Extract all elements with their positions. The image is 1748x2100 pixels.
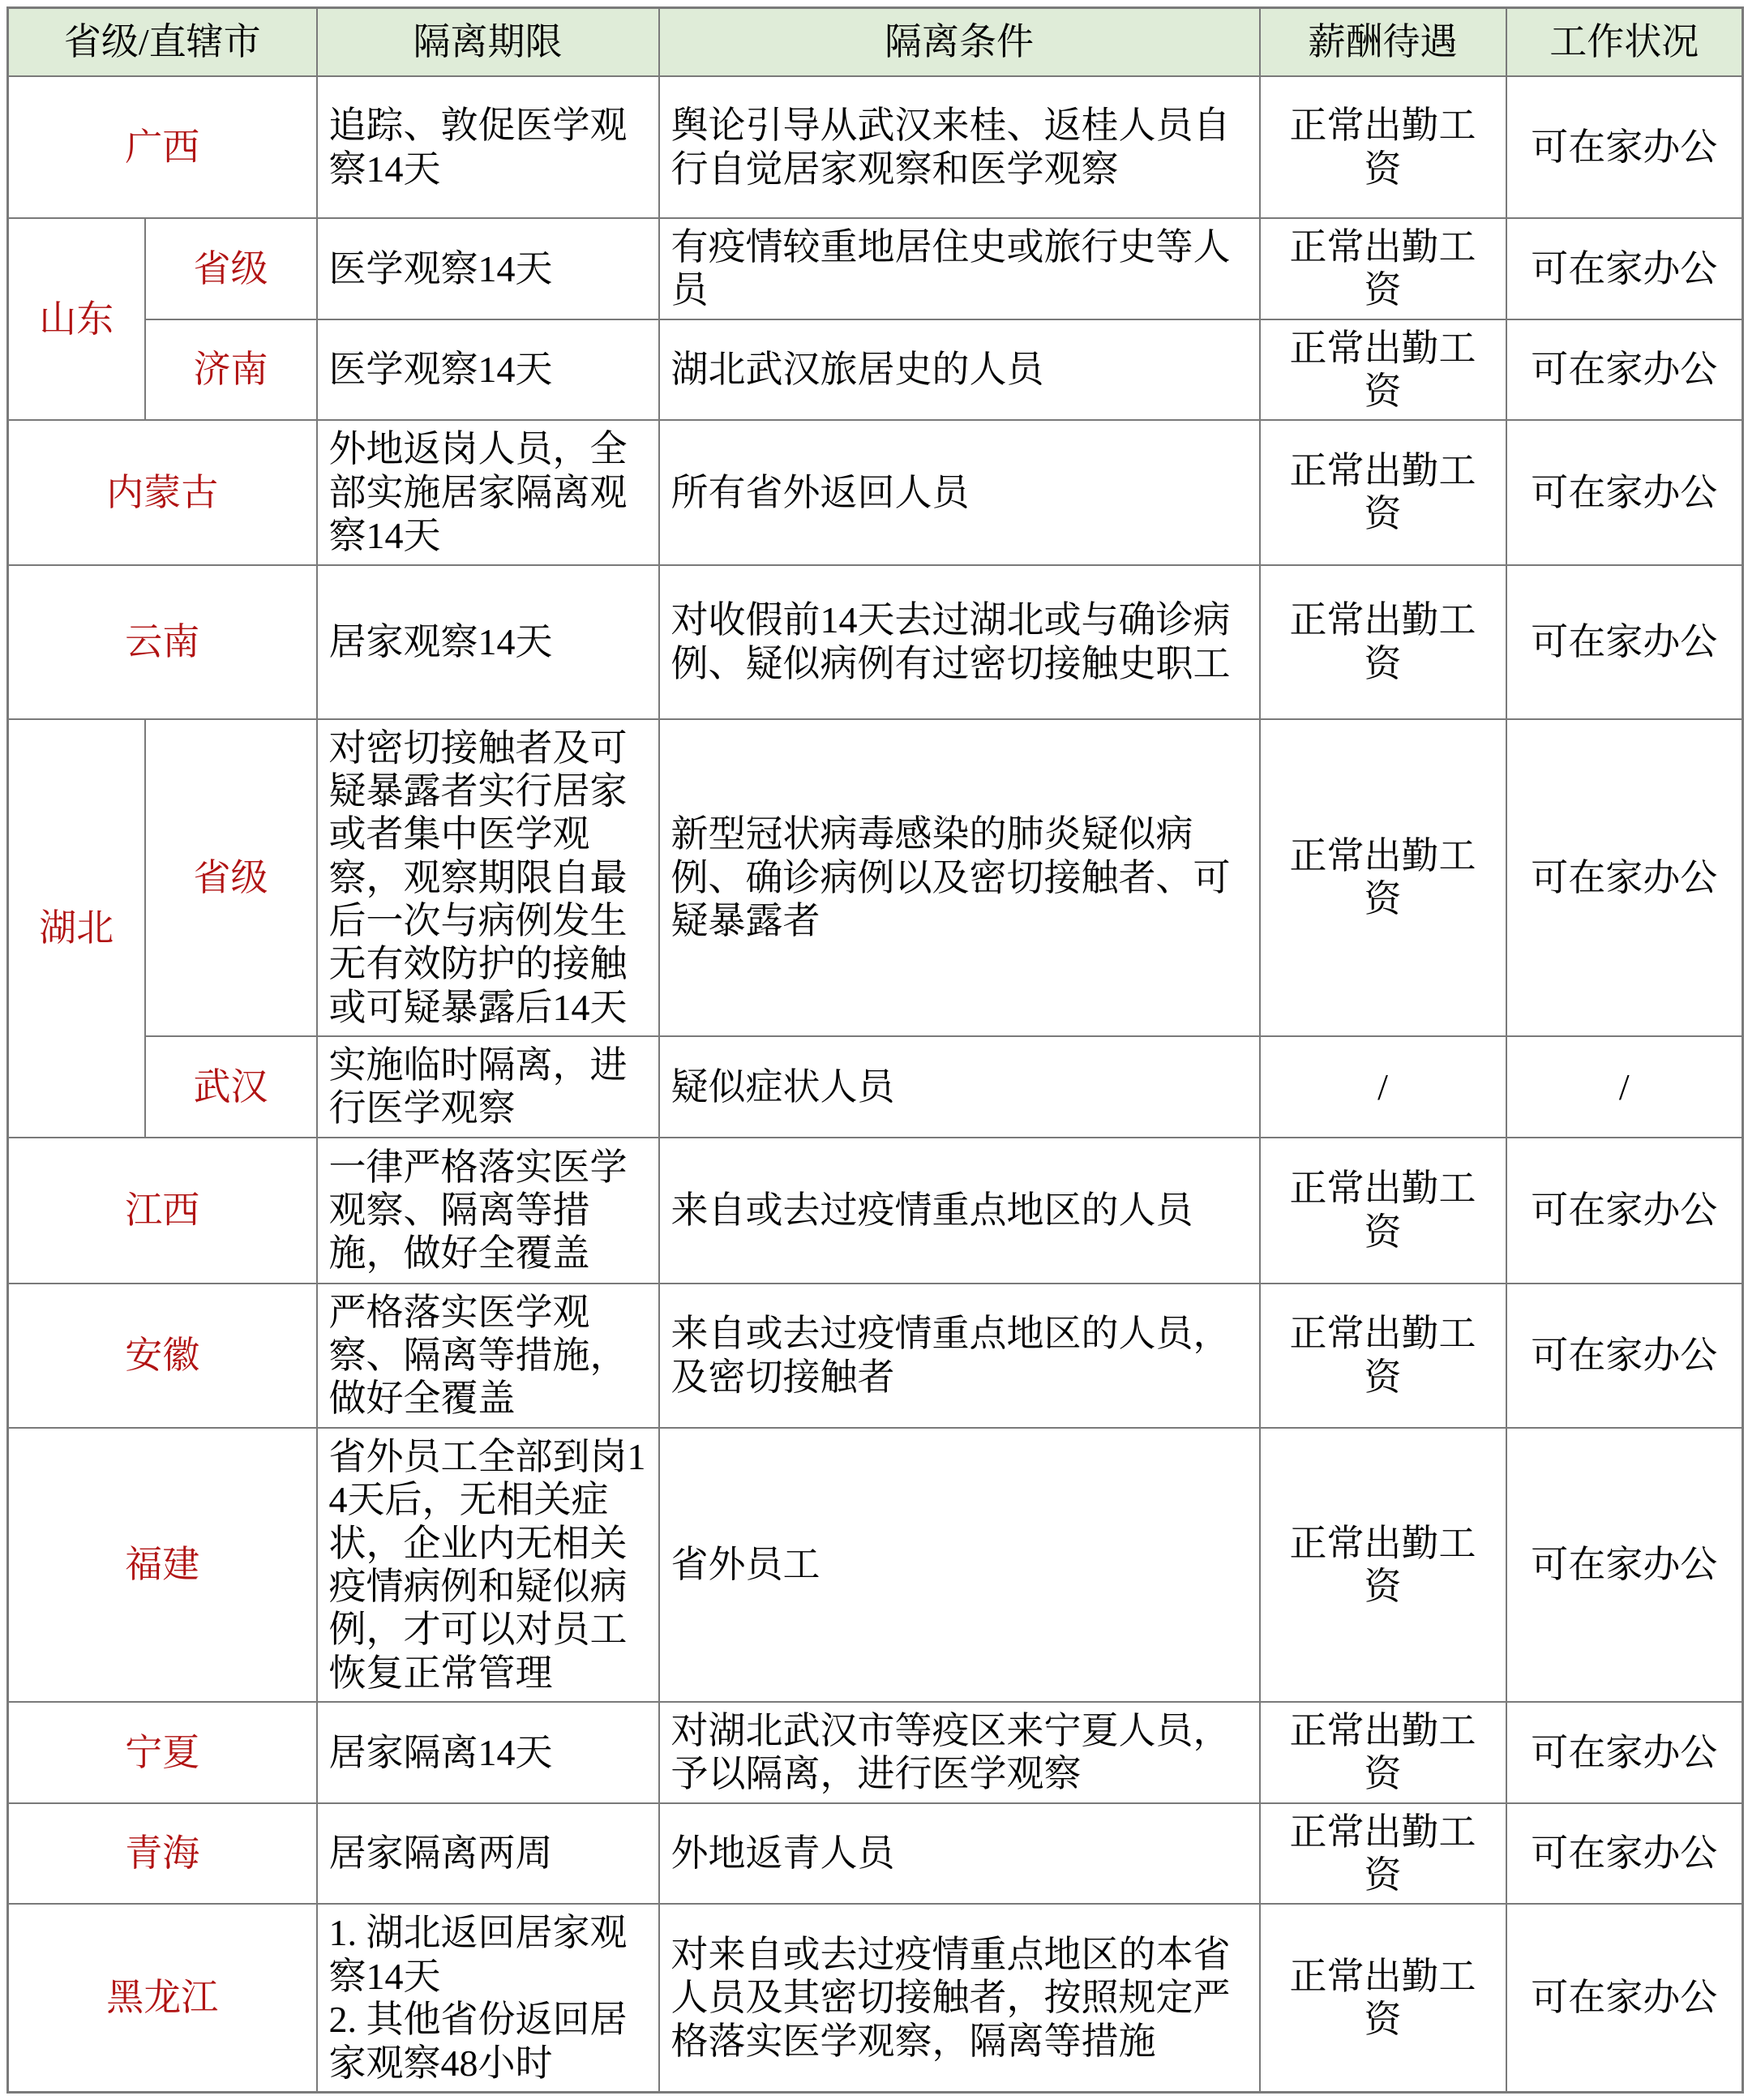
sub-region-cell: 省级 [145,719,317,1037]
salary-cell: 正常出勤工资 [1260,319,1506,421]
salary-cell: 正常出勤工资 [1260,1702,1506,1803]
salary-cell: 正常出勤工资 [1260,1904,1506,2092]
period-cell: 省外员工全部到岗14天后，无相关症状，企业内无相关疫情病例和疑似病例，才可以对员… [317,1428,659,1702]
sub-region-cell: 省级 [145,218,317,319]
header-region: 省级/直辖市 [8,8,317,77]
period-cell: 居家隔离14天 [317,1702,659,1803]
period-cell: 对密切接触者及可疑暴露者实行居家或者集中医学观察，观察期限自最后一次与病例发生无… [317,719,659,1037]
province-cell: 江西 [8,1138,317,1284]
table-row-shandong-jinan: 济南 医学观察14天 湖北武汉旅居史的人员 正常出勤工资 可在家办公 [8,319,1743,421]
work-cell: 可在家办公 [1506,319,1743,421]
header-work: 工作状况 [1506,8,1743,77]
province-cell: 湖北 [8,719,145,1138]
header-salary: 薪酬待遇 [1260,8,1506,77]
province-cell: 黑龙江 [8,1904,317,2092]
condition-cell: 对来自或去过疫情重点地区的本省人员及其密切接触者，按照规定严格落实医学观察，隔离… [659,1904,1260,2092]
table-row-shandong-provincial: 山东 省级 医学观察14天 有疫情较重地居住史或旅行史等人员 正常出勤工资 可在… [8,218,1743,319]
condition-cell: 来自或去过疫情重点地区的人员 [659,1138,1260,1284]
province-cell: 云南 [8,565,317,719]
condition-cell: 省外员工 [659,1428,1260,1702]
province-cell: 福建 [8,1428,317,1702]
province-cell: 内蒙古 [8,420,317,564]
work-cell: 可在家办公 [1506,1702,1743,1803]
work-cell: 可在家办公 [1506,218,1743,319]
province-cell: 安徽 [8,1284,317,1428]
condition-cell: 湖北武汉旅居史的人员 [659,319,1260,421]
work-cell: 可在家办公 [1506,1138,1743,1284]
condition-cell: 对湖北武汉市等疫区来宁夏人员，予以隔离，进行医学观察 [659,1702,1260,1803]
salary-cell: 正常出勤工资 [1260,565,1506,719]
period-cell: 追踪、敦促医学观察14天 [317,76,659,218]
period-cell: 一律严格落实医学观察、隔离等措施，做好全覆盖 [317,1138,659,1284]
period-cell: 实施临时隔离，进行医学观察 [317,1036,659,1138]
work-cell: 可在家办公 [1506,1803,1743,1905]
work-cell: / [1506,1036,1743,1138]
condition-cell: 对收假前14天去过湖北或与确诊病例、疑似病例有过密切接触史职工 [659,565,1260,719]
work-cell: 可在家办公 [1506,1428,1743,1702]
sub-region-cell: 武汉 [145,1036,317,1138]
work-cell: 可在家办公 [1506,719,1743,1037]
salary-cell: 正常出勤工资 [1260,1138,1506,1284]
period-cell: 1. 湖北返回居家观察14天 2. 其他省份返回居家观察48小时 [317,1904,659,2092]
period-cell: 外地返岗人员，全部实施居家隔离观察14天 [317,420,659,564]
period-cell: 居家隔离两周 [317,1803,659,1905]
table-row-hubei-wuhan: 武汉 实施临时隔离，进行医学观察 疑似症状人员 / / [8,1036,1743,1138]
province-cell: 宁夏 [8,1702,317,1803]
period-cell: 居家观察14天 [317,565,659,719]
period-cell: 医学观察14天 [317,319,659,421]
period-cell: 医学观察14天 [317,218,659,319]
header-row: 省级/直辖市 隔离期限 隔离条件 薪酬待遇 工作状况 [8,8,1743,77]
salary-cell: 正常出勤工资 [1260,719,1506,1037]
condition-cell: 疑似症状人员 [659,1036,1260,1138]
condition-cell: 外地返青人员 [659,1803,1260,1905]
condition-cell: 舆论引导从武汉来桂、返桂人员自行自觉居家观察和医学观察 [659,76,1260,218]
condition-cell: 来自或去过疫情重点地区的人员，及密切接触者 [659,1284,1260,1428]
work-cell: 可在家办公 [1506,1284,1743,1428]
table-row-heilongjiang: 黑龙江 1. 湖北返回居家观察14天 2. 其他省份返回居家观察48小时 对来自… [8,1904,1743,2092]
province-cell: 山东 [8,218,145,420]
work-cell: 可在家办公 [1506,1904,1743,2092]
work-cell: 可在家办公 [1506,565,1743,719]
table-row-guangxi: 广西 追踪、敦促医学观察14天 舆论引导从武汉来桂、返桂人员自行自觉居家观察和医… [8,76,1743,218]
header-period: 隔离期限 [317,8,659,77]
table-row-jiangxi: 江西 一律严格落实医学观察、隔离等措施，做好全覆盖 来自或去过疫情重点地区的人员… [8,1138,1743,1284]
salary-cell: 正常出勤工资 [1260,420,1506,564]
salary-cell: 正常出勤工资 [1260,1428,1506,1702]
table-row-hubei-provincial: 湖北 省级 对密切接触者及可疑暴露者实行居家或者集中医学观察，观察期限自最后一次… [8,719,1743,1037]
salary-cell: / [1260,1036,1506,1138]
table-row-fujian: 福建 省外员工全部到岗14天后，无相关症状，企业内无相关疫情病例和疑似病例，才可… [8,1428,1743,1702]
salary-cell: 正常出勤工资 [1260,76,1506,218]
work-cell: 可在家办公 [1506,76,1743,218]
province-cell: 青海 [8,1803,317,1905]
salary-cell: 正常出勤工资 [1260,218,1506,319]
sub-region-cell: 济南 [145,319,317,421]
table-row-yunnan: 云南 居家观察14天 对收假前14天去过湖北或与确诊病例、疑似病例有过密切接触史… [8,565,1743,719]
quarantine-policy-table: 省级/直辖市 隔离期限 隔离条件 薪酬待遇 工作状况 广西 追踪、敦促医学观察1… [6,6,1744,2094]
table-row-neimenggu: 内蒙古 外地返岗人员，全部实施居家隔离观察14天 所有省外返回人员 正常出勤工资… [8,420,1743,564]
table-row-qinghai: 青海 居家隔离两周 外地返青人员 正常出勤工资 可在家办公 [8,1803,1743,1905]
header-condition: 隔离条件 [659,8,1260,77]
condition-cell: 有疫情较重地居住史或旅行史等人员 [659,218,1260,319]
table-row-ningxia: 宁夏 居家隔离14天 对湖北武汉市等疫区来宁夏人员，予以隔离，进行医学观察 正常… [8,1702,1743,1803]
work-cell: 可在家办公 [1506,420,1743,564]
condition-cell: 新型冠状病毒感染的肺炎疑似病例、确诊病例以及密切接触者、可疑暴露者 [659,719,1260,1037]
period-cell: 严格落实医学观察、隔离等措施，做好全覆盖 [317,1284,659,1428]
salary-cell: 正常出勤工资 [1260,1803,1506,1905]
table-row-anhui: 安徽 严格落实医学观察、隔离等措施，做好全覆盖 来自或去过疫情重点地区的人员，及… [8,1284,1743,1428]
province-cell: 广西 [8,76,317,218]
condition-cell: 所有省外返回人员 [659,420,1260,564]
salary-cell: 正常出勤工资 [1260,1284,1506,1428]
